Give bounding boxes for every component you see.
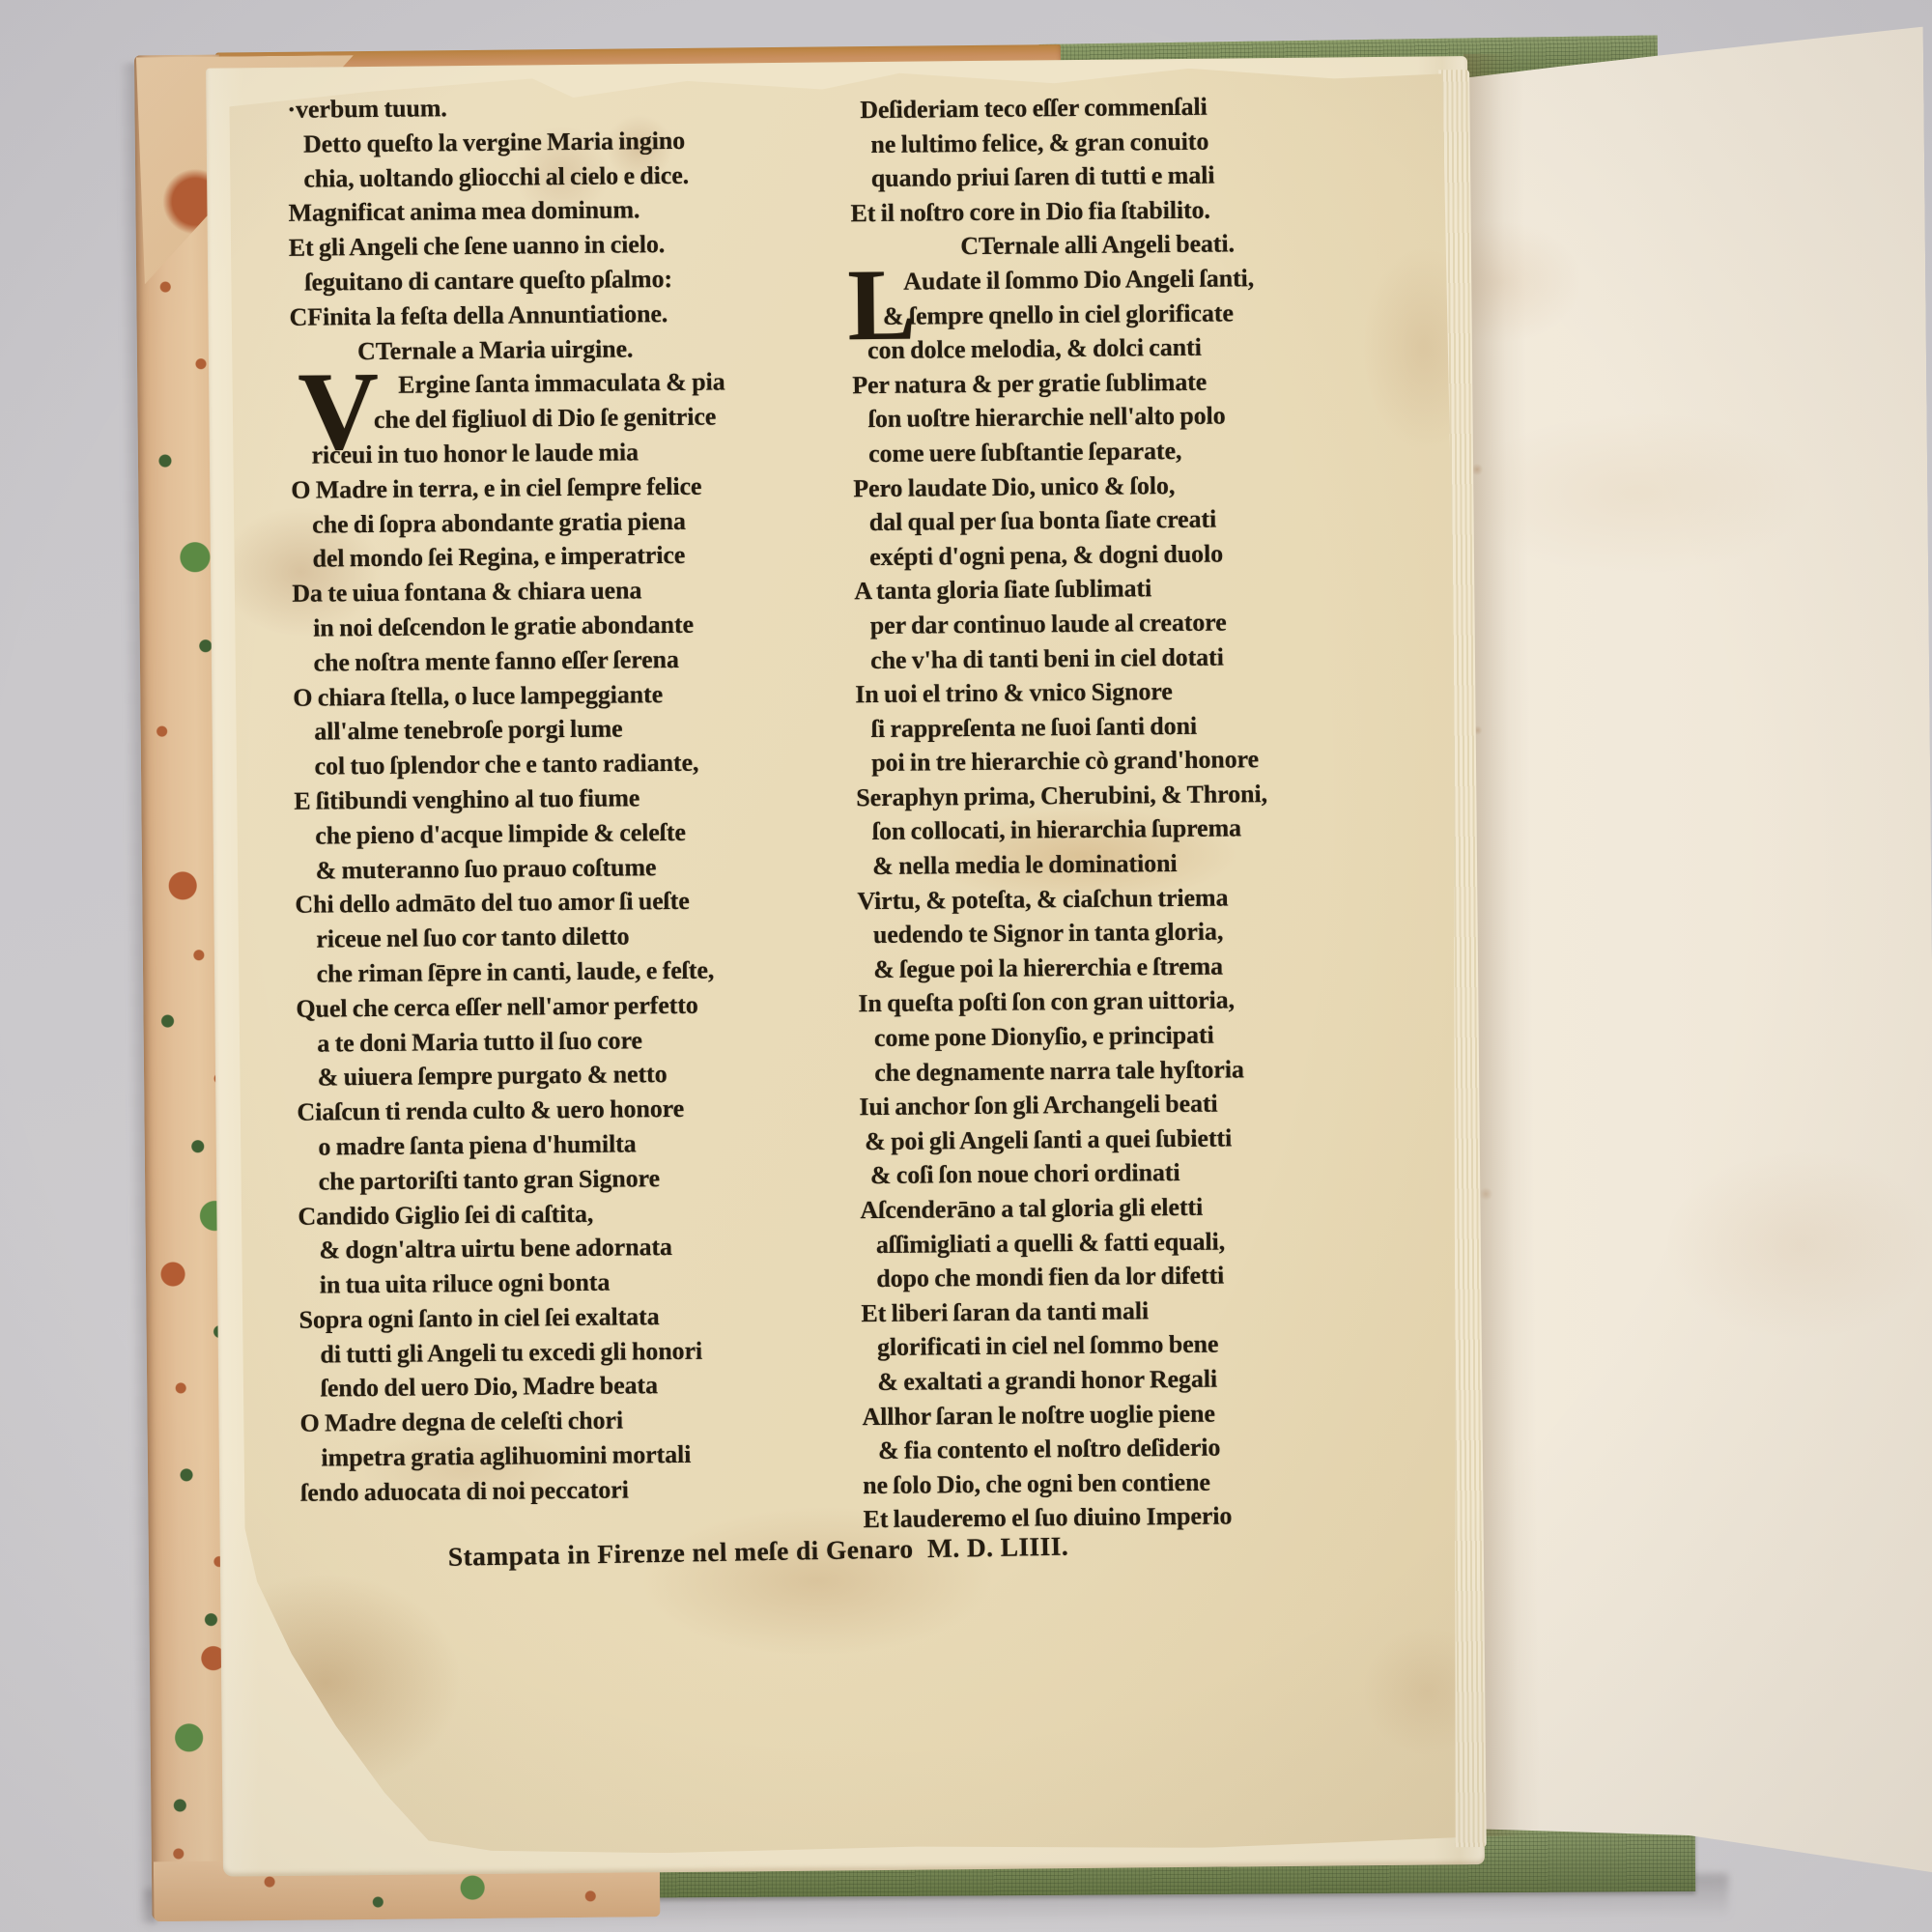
text-line: & coſi ſon noue chori ordinati xyxy=(860,1155,1271,1194)
text-line: & dogn'altra uirtu bene adornata xyxy=(298,1230,734,1268)
text-line: Sopra ogni ſanto in ciel ſei exaltata xyxy=(298,1298,734,1337)
text-line: Et liberi ſaran da tanti mali xyxy=(861,1293,1272,1331)
text-line: Et gli Angeli che ſene uanno in cielo. xyxy=(289,227,724,266)
text-line: ſon uoſtre hierarchie nell'alto polo xyxy=(852,398,1264,437)
photo-background: ·verbum tuum. Detto queſto la vergine Ma… xyxy=(0,0,1932,1932)
text-line: aſſimigliati a quelli & fatti equali, xyxy=(861,1224,1272,1263)
text-line: dal qual per ſua bonta ſiate creati xyxy=(853,501,1264,540)
text-line: Da te uiua fontana & chiara uena xyxy=(292,573,727,611)
text-line: O chiara ſtella, o luce lampeggiante xyxy=(293,676,728,715)
text-line: & muteranno ſuo prauo coſtume xyxy=(295,849,730,888)
text-line: In uoi el trino & vnico Signore xyxy=(855,673,1266,712)
text-line: O Madre degna de celeſti chori xyxy=(299,1403,735,1441)
text-line: col tuo ſplendor che e tanto radiante, xyxy=(294,746,729,784)
text-line: all'alme tenebroſe porgi lume xyxy=(293,711,728,750)
text-line: Chi dello admāto del tuo amor ſi ueſte xyxy=(295,884,730,923)
text-line: LAudate il ſommo Dio Angeli ſanti, xyxy=(851,261,1263,299)
text-line: come uere ſubſtantie ſeparate, xyxy=(853,433,1264,471)
text-line: exépti d'ogni pena, & dogni duolo xyxy=(854,536,1265,575)
text-line: a te doni Maria tutto il ſuo core xyxy=(297,1022,732,1061)
text-line: di tutti gli Angeli tu excedi gli honori xyxy=(299,1333,735,1372)
text-line: o madre ſanta piena d'humilta xyxy=(298,1125,733,1164)
text-line: In queſta poſti ſon con gran uittoria, xyxy=(858,983,1269,1022)
text-line: ſon collocati, in hierarchia ſuprema xyxy=(857,811,1268,850)
text-line: Quel che cerca eſſer nell'amor perfetto xyxy=(296,987,731,1026)
text-line: con dolce melodia, & dolci canti xyxy=(852,329,1264,368)
text-line: O Madre in terra, e in ciel ſempre felic… xyxy=(291,469,726,507)
text-line: & exaltati a grandi honor Regali xyxy=(862,1361,1273,1400)
text-line: Et il noſtro core in Dio fia ſtabilito. xyxy=(850,192,1262,231)
text-line: impetra gratia aglihuomini mortali xyxy=(300,1437,736,1476)
text-line: glorificati in ciel nel ſommo bene xyxy=(862,1326,1273,1365)
text-line: uedendo te Signor in tanta gloria, xyxy=(858,914,1269,952)
text-line: Et lauderemo el ſuo diuino Imperio xyxy=(863,1498,1274,1537)
text-column-left: ·verbum tuum. Detto queſto la vergine Ma… xyxy=(287,89,735,1511)
text-line: ·verbum tuum. xyxy=(287,89,723,128)
text-line: poi in tre hierarchie cò grand'honore xyxy=(856,742,1267,781)
text-line: ne lultimo felice, & gran conuito xyxy=(850,124,1262,162)
text-line: Virtu, & poteſta, & ciaſchun triema xyxy=(857,880,1268,919)
text-line: in tua uita riluce ogni bonta xyxy=(298,1264,734,1303)
text-line: che del figliuol di Dio ſe genitrice xyxy=(290,400,725,439)
text-line: Candido Giglio ſei di caſtita, xyxy=(298,1195,733,1234)
text-line: Detto queſto la vergine Maria ingino xyxy=(288,123,724,161)
text-line: ſeguitano di cantare queſto pſalmo: xyxy=(289,261,724,299)
text-line: VErgine ſanta immaculata & pia xyxy=(290,365,725,404)
text-line: & nella media le dominationi xyxy=(857,845,1268,884)
text-line: Aſcenderāno a tal gloria gli eletti xyxy=(860,1189,1271,1228)
text-line: che degnamente narra tale hyſtoria xyxy=(859,1052,1270,1091)
text-line: del mondo ſei Regina, e imperatrice xyxy=(292,538,727,577)
text-line: che partoriſti tanto gran Signore xyxy=(298,1160,733,1199)
text-line: & ſegue poi la hiererchia e ſtrema xyxy=(858,949,1269,987)
text-line: Deſideriam teco eſſer commenſali xyxy=(849,89,1261,128)
text-line: per dar continuo laude al creatore xyxy=(854,605,1265,643)
text-line: che noſtra mente fanno eſſer ſerena xyxy=(293,641,728,680)
text-line: che di ſopra abondante gratia piena xyxy=(291,503,726,542)
text-line: CFinita la feſta della Annuntiatione. xyxy=(289,296,724,334)
text-line: E ſitibundi venghino al tuo fiume xyxy=(294,780,729,818)
text-line: & poi gli Angeli ſanti a quei ſubietti xyxy=(860,1121,1271,1159)
text-line: quando priui ſaren di tutti e mali xyxy=(850,157,1262,196)
text-line: & uiuera ſempre purgato & netto xyxy=(297,1057,732,1095)
open-book: ·verbum tuum. Detto queſto la vergine Ma… xyxy=(0,0,1932,1932)
text-line: Iui anchor ſon gli Archangeli beati xyxy=(859,1086,1270,1124)
text-line: riceue nel ſuo cor tanto diletto xyxy=(296,919,731,957)
text-line: Per natura & per gratie ſublimate xyxy=(852,364,1264,403)
text-column-right: Deſideriam teco eſſer commenſali ne lult… xyxy=(849,89,1274,1537)
text-line: Allhor ſaran le noſtre uoglie piene xyxy=(862,1396,1273,1435)
text-line: riceui in tuo honor le laude mia xyxy=(291,434,726,472)
text-line: ſendo del uero Dio, Madre beata xyxy=(299,1368,735,1406)
text-line: dopo che mondi fien da lor difetti xyxy=(861,1258,1272,1296)
text-line: chia, uoltando gliocchi al cielo e dice. xyxy=(288,157,724,196)
text-line: ſendo aduocata di noi peccatori xyxy=(300,1471,736,1510)
text-line: Seraphyn prima, Cherubini, & Throni, xyxy=(856,777,1267,815)
text-line: & ſempre qnello in ciel glorificate xyxy=(851,296,1263,334)
text-line: ſi rappreſenta ne ſuoi ſanti doni xyxy=(855,708,1266,747)
text-line: Ciaſcun ti renda culto & uero honore xyxy=(297,1092,732,1130)
text-line: Magnificat anima mea dominum. xyxy=(288,192,724,231)
text-line: che riman ſēpre in canti, laude, e feſte… xyxy=(296,952,731,991)
text-line: A tanta gloria ſiate ſublimati xyxy=(854,570,1265,609)
text-line: che pieno d'acque limpide & celeſte xyxy=(295,814,730,853)
text-line: & fia contento el noſtro deſiderio xyxy=(863,1430,1274,1468)
text-line: come pone Dionyſio, e principati xyxy=(859,1017,1270,1056)
text-line: che v'ha di tanti beni in ciel dotati xyxy=(855,639,1266,678)
text-line: in noi deſcendon le gratie abondante xyxy=(292,607,727,645)
text-line: ne ſolo Dio, che ogni ben contiene xyxy=(863,1464,1274,1503)
text-line: Pero laudate Dio, unico & ſolo, xyxy=(853,468,1264,506)
